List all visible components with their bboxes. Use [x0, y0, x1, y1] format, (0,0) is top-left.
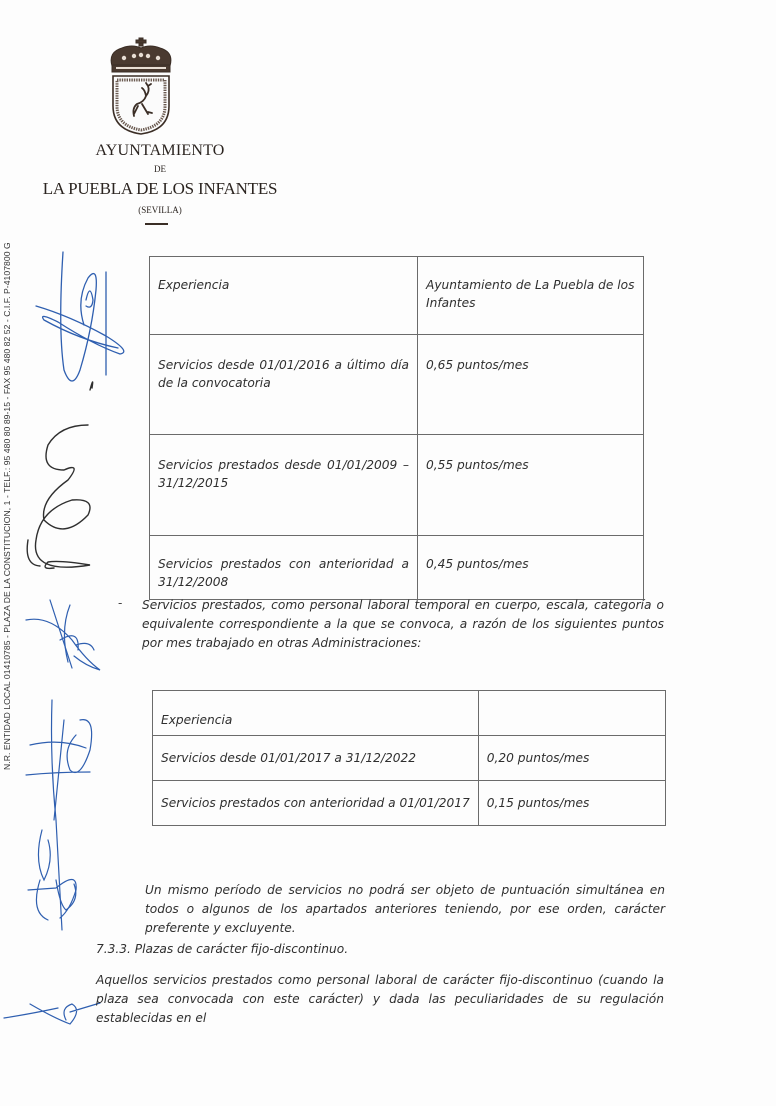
table-header-cell [478, 691, 665, 736]
org-name-line-4: (SEVILLA) [60, 205, 260, 215]
experience-table-other-admin: Experiencia Servicios desde 01/01/2017 a… [152, 690, 666, 826]
table-row: Servicios desde 01/01/2017 a 31/12/2022 … [153, 736, 666, 781]
table-header-cell: Experiencia [150, 257, 418, 335]
table-cell-points: 0,65 puntos/mes [418, 335, 644, 435]
org-name-line-1: AYUNTAMIENTO [60, 142, 260, 160]
bullet-paragraph: Servicios prestados, como personal labor… [142, 596, 664, 653]
section-body-paragraph: Aquellos servicios prestados como person… [96, 971, 664, 1028]
table-cell-period: Servicios prestados desde 01/01/2009 – 3… [150, 435, 418, 536]
table-row: Servicios prestados con anterioridad a 0… [153, 781, 666, 826]
signature-1 [36, 252, 124, 381]
signature-7 [56, 880, 76, 910]
table-cell-points: 0,15 puntos/mes [478, 781, 665, 826]
table-row: Servicios prestados desde 01/01/2009 – 3… [150, 435, 644, 536]
table-row: Servicios prestados con anterioridad a 3… [150, 536, 644, 600]
coat-of-arms-icon [104, 36, 178, 136]
side-registry-text: N.R. ENTIDAD LOCAL 01410785 - PLAZA DE L… [2, 242, 12, 770]
org-name-line-2: DE [60, 164, 260, 174]
header-divider [145, 223, 168, 225]
signature-2 [27, 382, 92, 568]
signature-6 [4, 1003, 100, 1024]
table-cell-points: 0,45 puntos/mes [418, 536, 644, 600]
table-cell-period: Servicios prestados con anterioridad a 3… [150, 536, 418, 600]
table-header-cell: Experiencia [153, 691, 479, 736]
table-header-row: Experiencia [153, 691, 666, 736]
bullet-marker: - [118, 596, 122, 610]
table-cell-points: 0,20 puntos/mes [478, 736, 665, 781]
table-cell-points: 0,55 puntos/mes [418, 435, 644, 536]
table-header-row: Experiencia Ayuntamiento de La Puebla de… [150, 257, 644, 335]
signature-5 [28, 820, 76, 930]
experience-table-own: Experiencia Ayuntamiento de La Puebla de… [149, 256, 644, 600]
signatures [0, 230, 150, 1050]
signature-3 [26, 600, 100, 670]
signature-4 [26, 700, 92, 820]
table-row: Servicios desde 01/01/2016 a último día … [150, 335, 644, 435]
org-name-line-3: LA PUEBLA DE LOS INFANTES [24, 179, 296, 199]
section-heading: 7.3.3. Plazas de carácter fijo-discontin… [96, 940, 656, 959]
document-page: AYUNTAMIENTO DE LA PUEBLA DE LOS INFANTE… [0, 0, 776, 1106]
note-paragraph: Un mismo período de servicios no podrá s… [145, 881, 665, 938]
table-cell-period: Servicios desde 01/01/2017 a 31/12/2022 [153, 736, 479, 781]
table-cell-period: Servicios prestados con anterioridad a 0… [153, 781, 479, 826]
table-cell-period: Servicios desde 01/01/2016 a último día … [150, 335, 418, 435]
table-header-cell: Ayuntamiento de La Puebla de los Infante… [418, 257, 644, 335]
